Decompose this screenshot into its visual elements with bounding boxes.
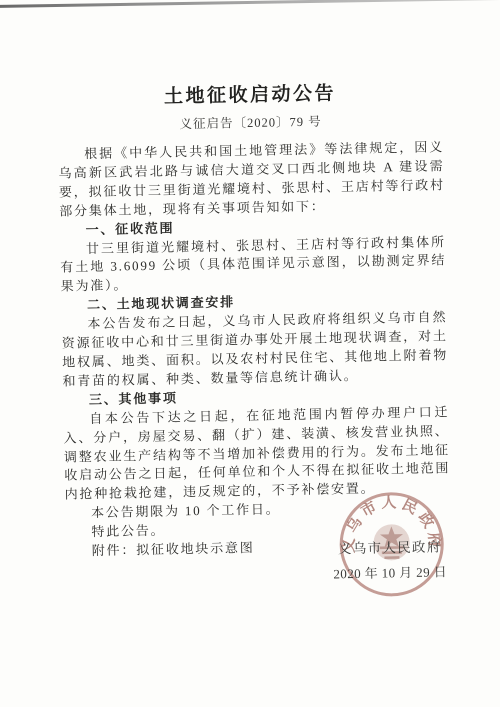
scanned-announcement-page: 土地征收启动公告 义征启告〔2020〕79 号 根据《中华人民共和国土地管理法》… [0, 0, 500, 707]
document-title: 土地征收启动公告 [57, 80, 443, 111]
issuing-authority: 义乌市人民政府 [314, 535, 466, 558]
section-1-paragraph: 廿三里街道光耀境村、张思村、王店村等行政村集体所有土地 3.6099 公顷（具体… [60, 233, 447, 297]
document-number: 义征启告〔2020〕79 号 [57, 112, 443, 134]
section-2-paragraph: 本公告发布之日起，义乌市人民政府将组织义乌市自然资源征收中心和廿三里街道办事处开… [61, 308, 448, 391]
issue-date: 2020 年 10 月 29 日 [314, 561, 466, 583]
announcement-content: 土地征收启动公告 义征启告〔2020〕79 号 根据《中华人民共和国土地管理法》… [0, 0, 500, 707]
intro-paragraph: 根据《中华人民共和国土地管理法》等法律规定，因义乌高新区武岩北路与诚信大道交叉口… [58, 138, 445, 221]
signature-block: 义乌市人民政府 2020 年 10 月 29 日 [314, 535, 467, 583]
